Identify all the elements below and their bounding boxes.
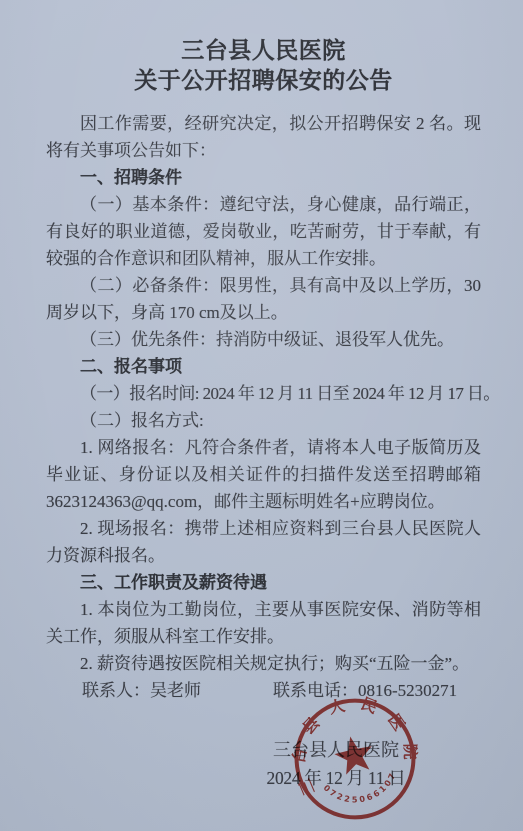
body-line: 2. 薪资待遇按医院相关规定执行；购买“五险一金”。 [46, 650, 481, 677]
body-line: 因工作需要，经研究决定，拟公开招聘保安 2 名。现 [46, 110, 481, 137]
body-line: 周岁以下，身高 170 cm及以上。 [46, 299, 481, 326]
section-heading-1: 一、招聘条件 [46, 164, 481, 191]
body-line: 毕业证、身份证以及相关证件的扫描件发送至招聘邮箱 [46, 461, 481, 488]
body-line: 有良好的职业道德，爱岗敬业，吃苦耐劳，甘于奉献，有 [46, 218, 481, 245]
announcement-page: 三台县人民医院关于公开招聘保安的公告 因工作需要，经研究决定，拟公开招聘保安 2… [0, 0, 523, 831]
body-line: （一）报名时间: 2024 年 12 月 11 日至 2024 年 12 月 1… [46, 380, 481, 407]
body-line: 3623124363@qq.com，邮件主题标明姓名+应聘岗位。 [46, 488, 481, 515]
body-line: 关工作，须服从科室工作安排。 [46, 623, 481, 650]
contact-row: 联系人：吴老师 联系电话：0816-5230271 [46, 677, 481, 704]
section-heading-3: 三、工作职责及薪资待遇 [46, 569, 481, 596]
contact-person-label: 联系人： [82, 677, 150, 704]
body-line: （一）基本条件：遵纪守法，身心健康，品行端正， [46, 191, 481, 218]
body-line: （三）优先条件：持消防中级证、退役军人优先。 [46, 326, 481, 353]
contact-person: 吴老师 [150, 677, 201, 704]
signature-block: 三台县人民医院 2024 年 12 月 11 日 [231, 736, 441, 792]
document-photo: 三台县人民医院关于公开招聘保安的公告 因工作需要，经研究决定，拟公开招聘保安 2… [0, 0, 523, 831]
signature-date: 2024 年 12 月 11 日 [231, 764, 441, 792]
contact-phone-label: 联系电话： [273, 677, 358, 704]
title-org-line: 三台县人民医院 [181, 38, 346, 63]
body-line: （二）报名方式: [46, 407, 481, 434]
body-line: 力资源科报名。 [46, 542, 481, 569]
contact-spacer [201, 677, 273, 704]
section-heading-2: 二、报名事项 [46, 353, 481, 380]
title-subject-line: 关于公开招聘保安的公告 [134, 68, 393, 93]
body-line: 1. 本岗位为工勤岗位，主要从事医院安保、消防等相 [46, 596, 481, 623]
body-line: （二）必备条件：限男性，具有高中及以上学历，30 [46, 272, 481, 299]
document-title: 三台县人民医院关于公开招聘保安的公告 [46, 36, 481, 96]
body-line: 1. 网络报名：凡符合条件者，请将本人电子版简历及 [46, 434, 481, 461]
signature-org: 三台县人民医院 [231, 736, 441, 764]
body-line: 2. 现场报名：携带上述相应资料到三台县人民医院人 [46, 515, 481, 542]
contact-phone: 0816-5230271 [358, 677, 457, 704]
body-line: 较强的合作意识和团队精神，服从工作安排。 [46, 245, 481, 272]
body-line: 将有关事项公告如下： [46, 137, 481, 164]
